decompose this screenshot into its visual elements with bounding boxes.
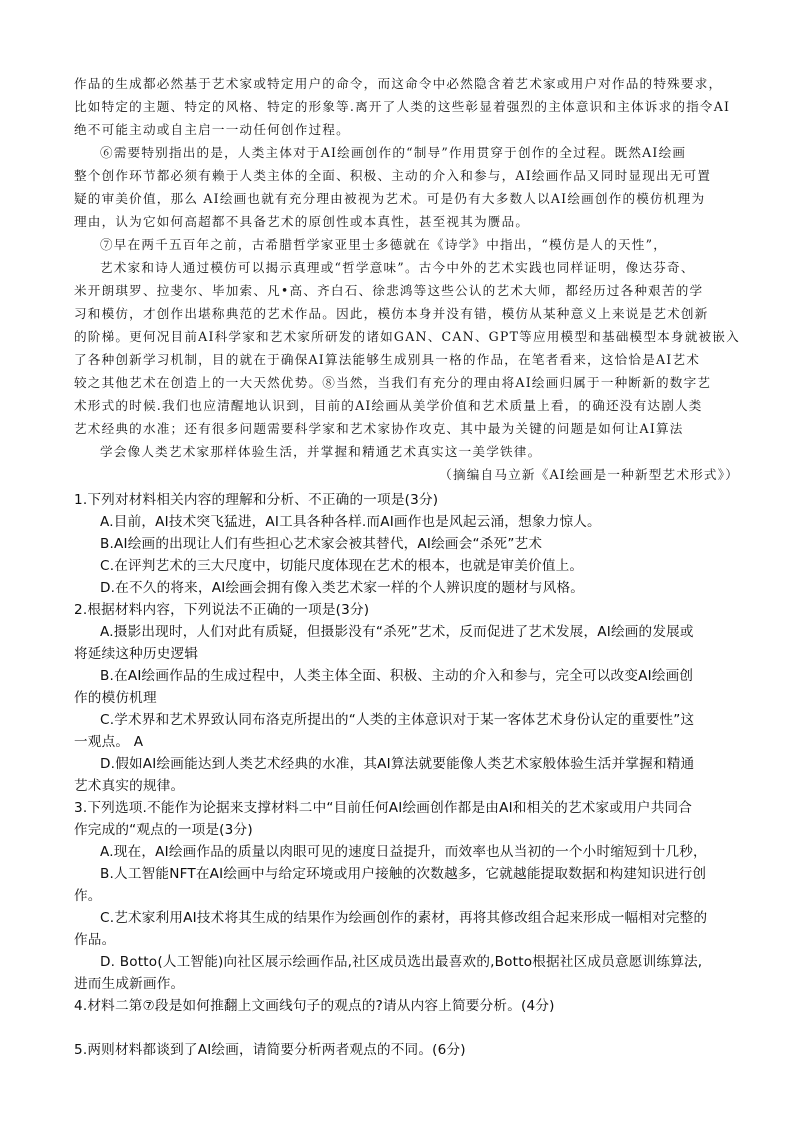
option-a: A.现在，AI绘画作品的质量以肉眼可见的速度日益提升，而效率也从当初的一个小时缩…	[100, 842, 707, 862]
material-line: 的阶梯。更何况目前AI科学家和艺术家所研发的诸如GAN、CAN、GPT等应用模型…	[74, 327, 740, 347]
option-c: C.在评判艺术的三大尺度中，切能尺度体现在艺术的根本，也就是审美价值上。	[100, 556, 583, 576]
material-line: 习和模仿，才创作出堪称典范的艺术作品。因此，模仿本身并没有错，模仿从某种意义上来…	[74, 304, 709, 324]
material-line: 理由，认为它如何高超都不具备艺术的原创性或本真性，甚至视其为赝品。	[74, 212, 529, 232]
material-line: 整个创作环节都必须有赖于人类主体的全面、积极、主动的介入和参与，AI绘画作品又同…	[74, 166, 711, 186]
option-a: A.目前，AI技术突飞猛进，AI工具各种各样.而AI画作也是风起云涌，想象力惊人…	[100, 512, 601, 532]
option-b: B.AI绘画的出现让人们有些担心艺术家会被其替代，AI绘画会“杀死”艺术	[100, 534, 542, 554]
question-stem: 2.根据材料内容，下列说法不正确的一项是(3分)	[74, 600, 369, 620]
option-a: A.摄影出现时，人们对此有质疑，但摄影没有“杀死”艺术，反而促进了艺术发展，AI…	[100, 622, 694, 642]
option-c: C.艺术家利用AI技术将其生成的结果作为绘画创作的素材，再将其修改组合起来形成一…	[100, 908, 707, 928]
question-stem-cont: 作完成的“观点的一项是(3分)	[74, 820, 253, 840]
question-stem: 1.下列对材料相关内容的理解和分析、不正确的一项是(3分)	[74, 490, 438, 510]
question-stem: 3.下列选项.不能作为论据来支撑材料二中“目前任何AI绘画创作都是由AI和相关的…	[74, 798, 692, 818]
option-b-cont: 作。	[74, 886, 102, 906]
material-line: 术形式的时候.我们也应清醒地认识到，目前的AI绘画从美学价值和艺术质量上看，的确…	[74, 396, 703, 416]
material-line: 较之其他艺术在创造上的一大天然优势。⑧当然，当我们有充分的理由将AI绘画归属于一…	[74, 373, 711, 393]
material-line: 疑的审美价值，那么 AI绘画也就有充分理由被视为艺术。可是仍有大多数人以AI绘画…	[74, 189, 705, 209]
option-d: D.假如AI绘画能达到人类艺术经典的水准，其AI算法就要能像人类艺术家般体验生活…	[100, 754, 694, 774]
material-line: 比如特定的主题、特定的风格、特定的形象等.离开了人类的这些彰显着强烈的主体意识和…	[74, 97, 730, 117]
paragraph-7-start: ⑦早在两千五百年之前，古希腊哲学家亚里士多德就在《诗学》中指出，“模仿是人的天性…	[100, 235, 667, 255]
option-d: D.在不久的将来，AI绘画会拥有像入类艺术家一样的个人辨识度的题材与风格。	[100, 578, 584, 598]
option-d-cont: 艺术真实的规律。	[74, 776, 184, 796]
question-stem: 5.两则材料都谈到了AI绘画，请简要分析两者观点的不同。(6分)	[74, 1040, 466, 1060]
material-line: 了各种创新学习机制，目的就在于确保AI算法能够生成别具一格的作品，在笔者看来，这…	[74, 350, 700, 370]
material-line: 绝不可能主动或自主启一一动任何创作过程。	[74, 120, 350, 140]
option-a-cont: 将延续这种历史逻辑	[74, 644, 198, 664]
option-c: C.学术界和艺术界致认同布洛克所提出的“人类的主体意识对于某一客体艺术身份认定的…	[100, 710, 694, 730]
material-line: 作品的生成都必然基于艺术家或特定用户的命令，而这命令中必然隐含着艺术家或用户对作…	[74, 74, 722, 94]
option-d-cont: 进而生成新画作。	[74, 974, 184, 994]
paragraph-6-start: ⑥需要特别指出的是，人类主体对于AI绘画创作的“制导”作用贯穿于创作的全过程。既…	[100, 143, 686, 163]
material-line: 艺术家和诗人通过模仿可以揭示真理或“哲学意味”。古今中外的艺术实践也同样证明，像…	[100, 258, 695, 278]
option-c-cont: 一观点。 A	[74, 732, 143, 752]
material-line: 学会像人类艺术家那样体验生活，并掌握和精通艺术真实这一美学铁律。	[100, 442, 541, 462]
source-citation: （摘编自马立新《AI绘画是一种新型艺术形式》）	[439, 465, 739, 485]
option-c-cont: 作品。	[74, 930, 115, 950]
option-b: B.人工智能NFT在AI绘画中与给定环境或用户接触的次数越多，它就越能提取数据和…	[100, 864, 706, 884]
exam-page: 作品的生成都必然基于艺术家或特定用户的命令，而这命令中必然隐含着艺术家或用户对作…	[0, 0, 793, 1123]
option-b-cont: 作的模仿机理	[74, 688, 157, 708]
material-line: 米开朗琪罗、拉斐尔、毕加索、凡•高、齐白石、徐悲鸿等这些公认的艺术大师，都经历过…	[74, 281, 703, 301]
option-b: B.在AI绘画作品的生成过程中，人类主体全面、积极、主动的介入和参与，完全可以改…	[100, 666, 693, 686]
option-d: D. Botto(人工智能)向社区展示绘画作品,社区成员选出最喜欢的,Botto…	[100, 952, 702, 972]
question-stem: 4.材料二第⑦段是如何推翻上文画线句子的观点的?请从内容上简要分析。(4分)	[74, 996, 555, 1016]
material-line: 艺术经典的水准；还有很多问题需要科学家和艺术家协作攻克、其中最为关键的问题是如何…	[74, 419, 684, 439]
